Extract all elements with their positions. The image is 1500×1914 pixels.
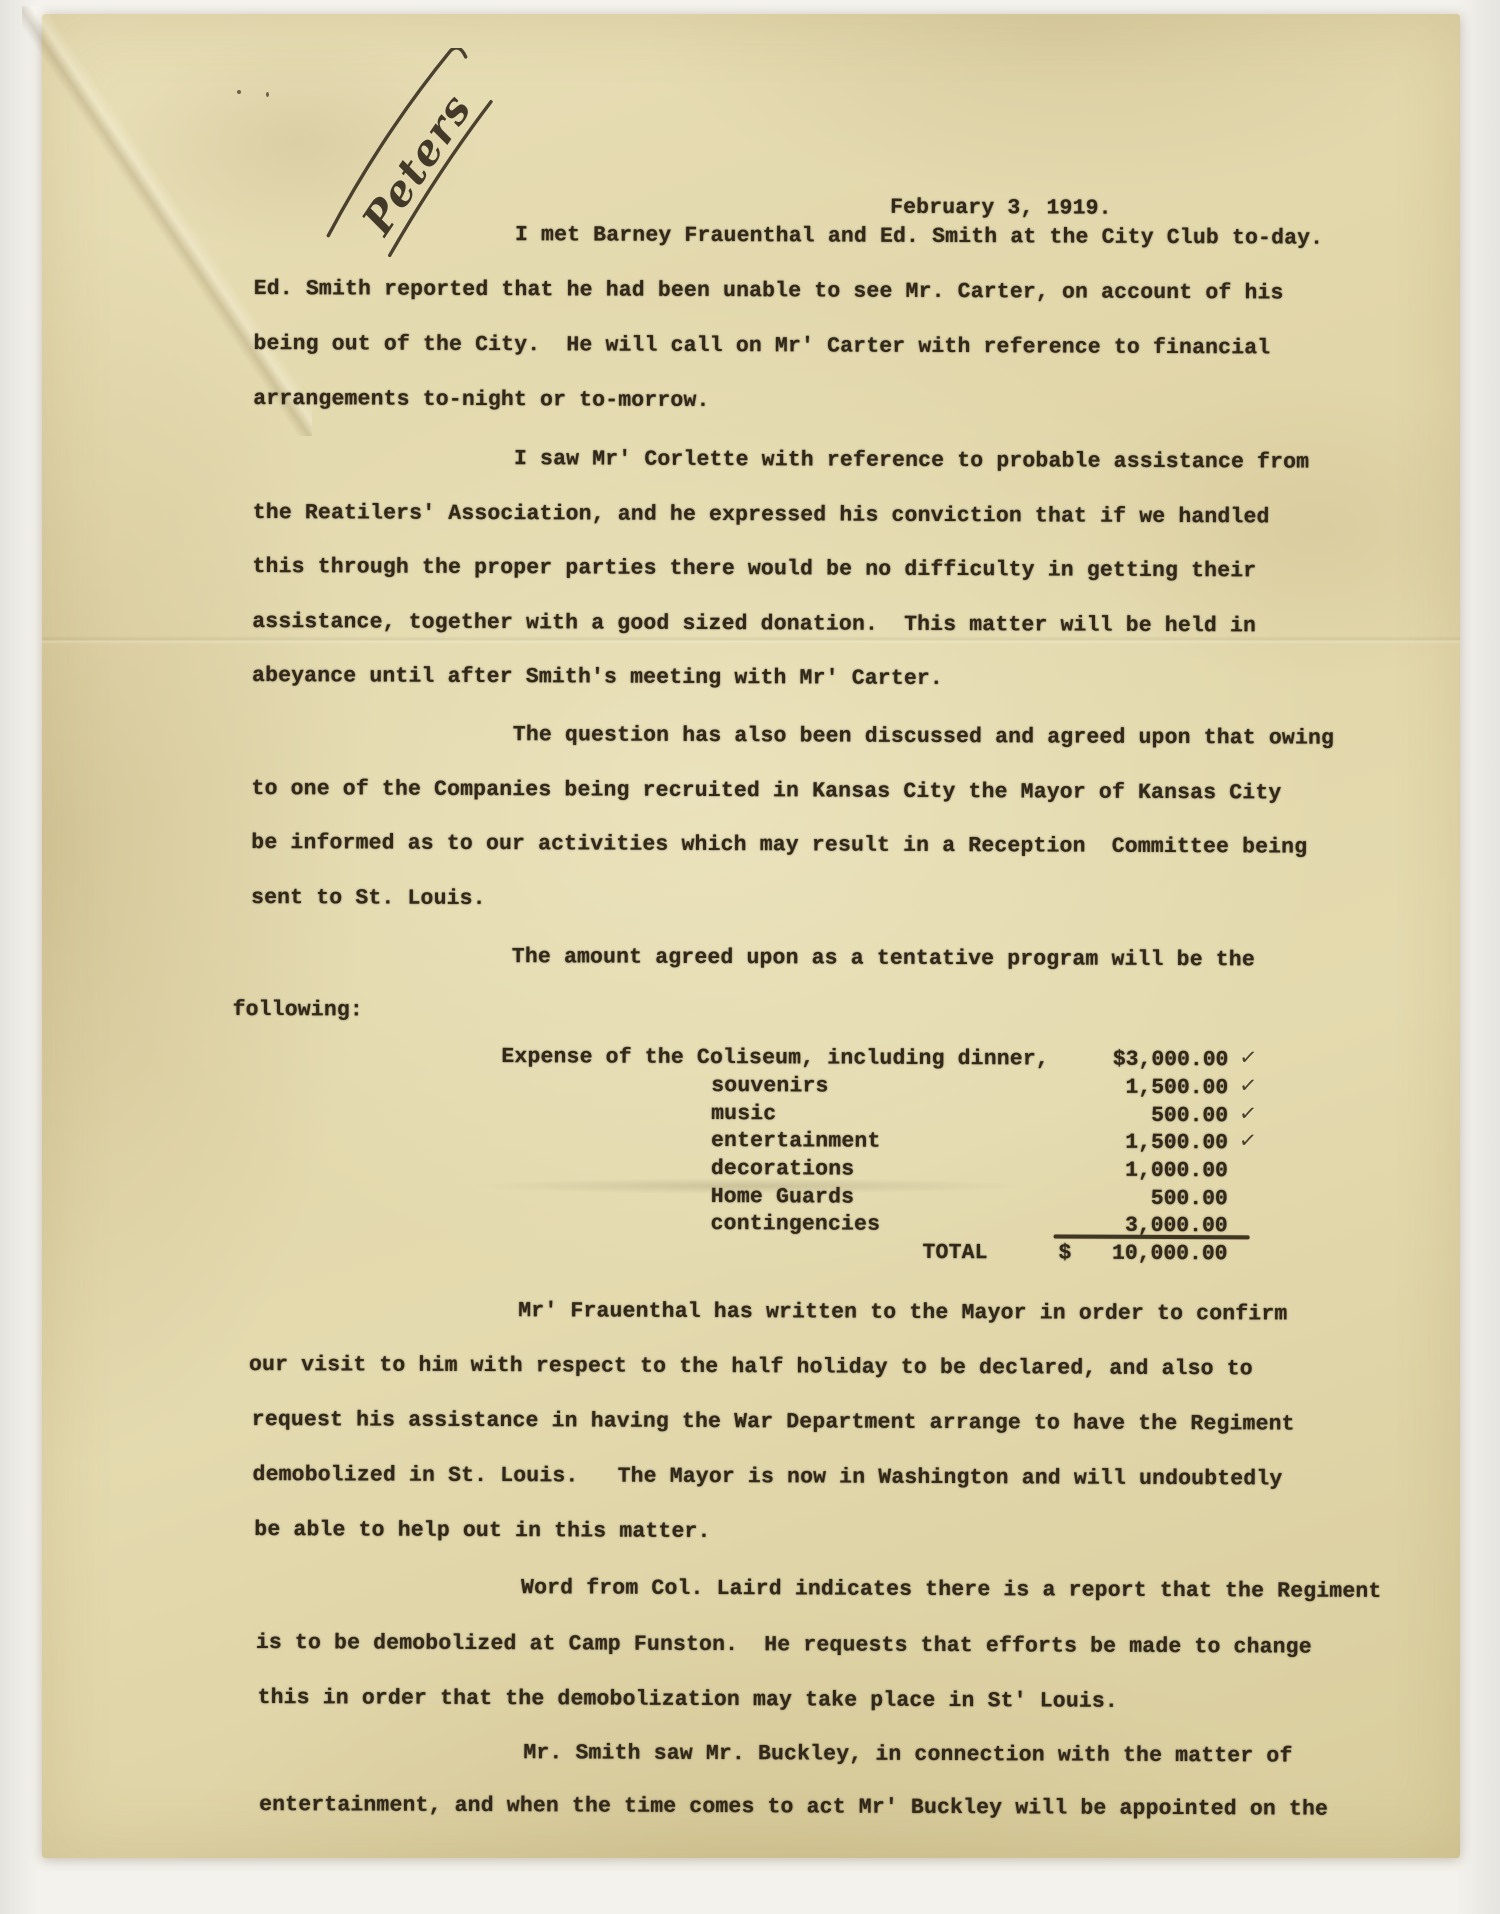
typed-line: being out of the City. He will call on M… [253,334,1270,360]
expense-row-label: Expense of the Coliseum, including dinne… [501,1047,1049,1071]
check-mark-icon: ✓ [1238,1100,1258,1126]
typed-line: abeyance until after Smith's meeting wit… [252,666,943,690]
expense-row-amount: 500.00 [1151,1106,1228,1128]
expense-row-amount: 500.00 [1151,1189,1228,1211]
check-mark-icon: ✓ [1238,1127,1258,1153]
total-amount: 10,000.00 [1112,1244,1228,1266]
expense-row-label: souvenirs [711,1076,828,1098]
typed-line: The question has also been discussed and… [513,725,1334,750]
typed-line: arrangements to-night or to-morrow. [253,389,709,412]
typed-line: our visit to him with respect to the hal… [249,1355,1253,1381]
expense-row-amount: 1,500.00 [1125,1133,1228,1155]
typed-line: sent to St. Louis. [251,888,486,910]
typed-line: be able to help out in this matter. [254,1520,710,1543]
typed-line: Ed. Smith reported that he had been unab… [254,279,1284,305]
expense-row-label: entertainment [711,1131,881,1153]
typed-line: the Reatilers' Association, and he expre… [253,503,1270,529]
typed-line: request his assistance in having the War… [252,1410,1295,1436]
total-sum-rule [1054,1234,1250,1239]
expense-row-label: Home Guards [711,1187,854,1209]
typed-line: Word from Col. Laird indicates there is … [521,1578,1382,1603]
typed-line: to one of the Companies being recruited … [252,779,1282,805]
typed-line: Mr. Smith saw Mr. Buckley, in connection… [523,1743,1292,1768]
total-label: TOTAL [922,1243,987,1265]
expense-row-amount: 1,000.00 [1125,1161,1228,1183]
typed-line: this through the proper parties there wo… [252,557,1256,583]
typed-line: The amount agreed upon as a tentative pr… [512,947,1255,972]
expense-row-label: contingencies [711,1214,881,1236]
typed-line: I met Barney Frauenthal and Ed. Smith at… [515,225,1323,250]
total-currency-symbol: $ [1058,1243,1071,1264]
typed-line: I saw Mr' Corlette with reference to pro… [514,449,1309,474]
scanned-document-page: Peters February 3, 1919. I met Barney Fr… [0,0,1500,1914]
date-line: February 3, 1919. [890,198,1112,220]
expense-row-amount: 1,500.00 [1126,1078,1229,1100]
expense-row-amount: $3,000.00 [1113,1050,1229,1072]
typed-line: Mr' Frauenthal has written to the Mayor … [518,1301,1287,1326]
check-mark-icon: ✓ [1238,1072,1258,1098]
check-mark-icon: ✓ [1238,1044,1258,1070]
typed-line: this in order that the demobolization ma… [258,1688,1119,1713]
typed-line: entertainment, and when the time comes t… [259,1795,1328,1821]
typed-line: following: [233,1000,363,1022]
typewritten-text-layer: February 3, 1919. I met Barney Frauentha… [0,0,1500,1914]
expense-row-label: music [711,1104,776,1126]
typed-line: is to be demobolized at Camp Funston. He… [256,1633,1312,1659]
typed-line: demobolized in St. Louis. The Mayor is n… [253,1465,1283,1491]
typed-line: assistance, together with a good sized d… [252,612,1256,638]
typed-line: be informed as to our activities which m… [251,833,1307,859]
expense-row-label: decorations [711,1159,854,1181]
